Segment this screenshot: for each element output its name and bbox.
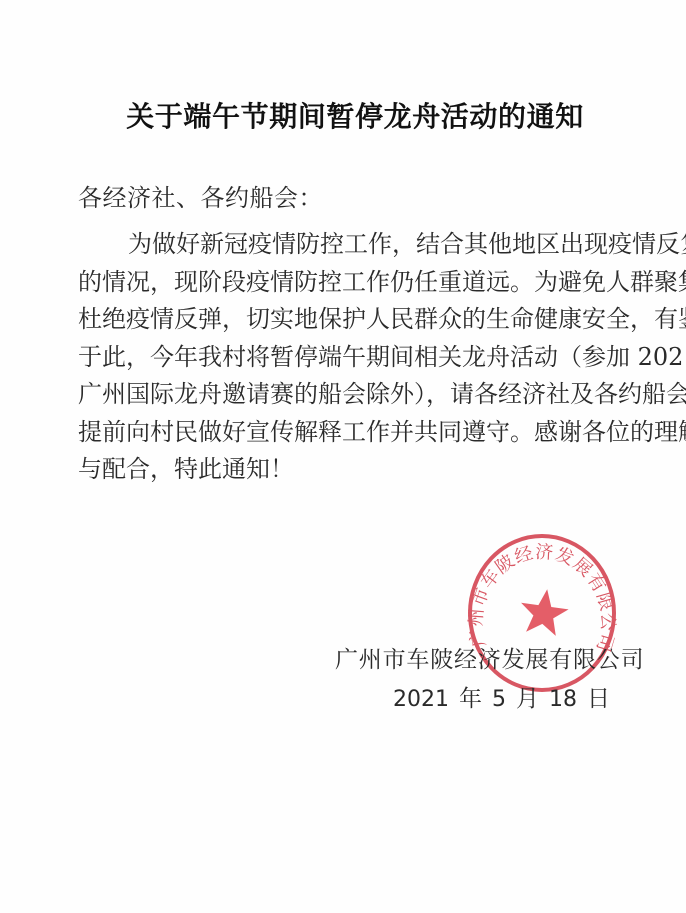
salutation: 各经济社、各约船会： (78, 183, 323, 213)
body-line: 与配合，特此通知！ (78, 451, 630, 489)
date-month-unit: 月 (516, 686, 539, 712)
body-paragraph: 为做好新冠疫情防控工作，结合其他地区出现疫情反复 的情况，现阶段疫情防控工作仍任… (78, 226, 630, 489)
date-day-unit: 日 (587, 686, 610, 712)
date-year: 2021 (393, 687, 449, 712)
body-line: 提前向村民做好宣传解释工作并共同遵守。感谢各位的理解 (78, 414, 630, 452)
document-title: 关于端午节期间暂停龙舟活动的通知 (0, 99, 686, 135)
date-year-unit: 年 (459, 686, 482, 712)
date-day: 18 (549, 687, 577, 712)
body-line: 的情况，现阶段疫情防控工作仍任重道远。为避免人群聚集， (78, 264, 630, 302)
signature-company: 广州市车陂经济发展有限公司 (335, 645, 644, 675)
body-line: 杜绝疫情反弹，切实地保护人民群众的生命健康安全，有鉴 (78, 301, 630, 339)
date-month: 5 (492, 687, 506, 712)
body-line: 广州国际龙舟邀请赛的船会除外），请各经济社及各约船会 (78, 376, 630, 414)
notice-document: 关于端午节期间暂停龙舟活动的通知 各经济社、各约船会： 为做好新冠疫情防控工作，… (0, 0, 686, 913)
signature-date: 2021 年 5 月 18 日 (393, 684, 610, 715)
body-line: 为做好新冠疫情防控工作，结合其他地区出现疫情反复 (78, 226, 630, 264)
body-line: 于此，今年我村将暂停端午期间相关龙舟活动（参加 2021 年 (78, 339, 630, 377)
red-star-icon (517, 586, 571, 637)
